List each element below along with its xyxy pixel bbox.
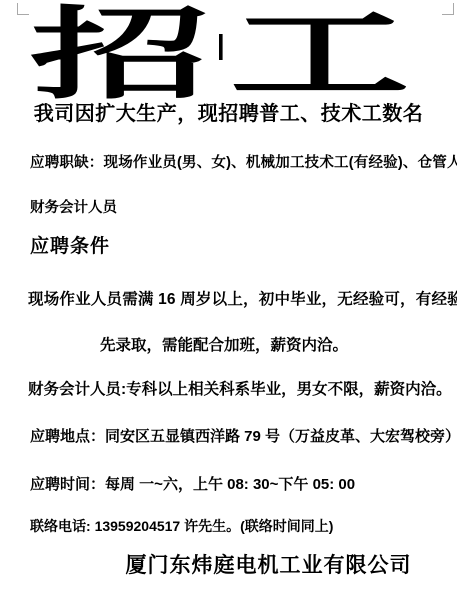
headline-char-2: 工 — [230, 4, 410, 106]
crop-mark-top-left — [17, 3, 29, 15]
condition-field-worker-line-1: 现场作业人员需满 16 周岁以上，初中毕业，无经验可，有经验优 — [28, 290, 457, 309]
condition-accountant: 财务会计人员:专科以上相关科系毕业，男女不限，薪资内洽。 — [28, 380, 452, 399]
vacancies-value: 现场作业员(男、女)、机械加工技术工(有经验)、仓管人员、 — [104, 155, 457, 171]
conditions-heading: 应聘条件 — [30, 235, 110, 259]
text-cursor — [218, 34, 222, 60]
headline: 招 工 — [30, 4, 410, 106]
contact-value: 13959204517 许先生。(联络时间同上) — [95, 518, 334, 534]
headline-gap — [210, 4, 230, 60]
schedule-line: 应聘时间：每周 一~六，上午 08: 30~下午 05: 00 — [30, 476, 355, 495]
schedule-value: 每周 一~六，上午 08: 30~下午 05: 00 — [105, 476, 355, 493]
location-value: 同安区五显镇西洋路 79 号（万益皮革、大宏驾校旁） — [105, 428, 457, 445]
schedule-label: 应聘时间： — [30, 476, 105, 493]
vacancies-label: 应聘职缺： — [30, 155, 104, 171]
vacancies-line-2: 财务会计人员 — [30, 199, 117, 217]
subtitle: 我司因扩大生产，现招聘普工、技术工数名 — [0, 102, 457, 127]
vacancies-line-1: 应聘职缺：现场作业员(男、女)、机械加工技术工(有经验)、仓管人员、 — [30, 154, 457, 172]
crop-mark-top-right — [442, 3, 454, 15]
contact-label: 联络电话: — [30, 518, 91, 534]
contact-line: 联络电话: 13959204517 许先生。(联络时间同上) — [30, 518, 333, 536]
location-label: 应聘地点： — [30, 428, 105, 445]
condition-field-worker-line-2: 先录取，需能配合加班，薪资内洽。 — [100, 336, 348, 355]
headline-char-1: 招 — [30, 4, 210, 106]
recruitment-flyer-page: 招 工 我司因扩大生产，现招聘普工、技术工数名 应聘职缺：现场作业员(男、女)、… — [0, 0, 457, 603]
company-name: 厦门东炜庭电机工业有限公司 — [80, 553, 457, 579]
location-line: 应聘地点：同安区五显镇西洋路 79 号（万益皮革、大宏驾校旁） — [30, 428, 457, 447]
